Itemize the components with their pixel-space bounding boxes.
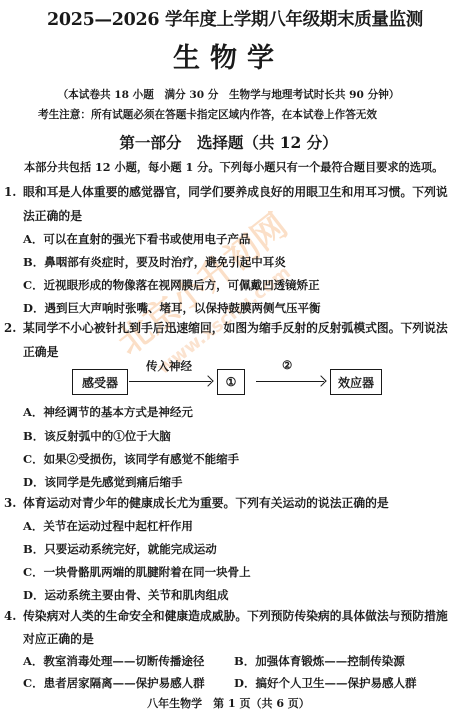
question-4-option-a: A．教室消毒处理——切断传播途径 — [23, 653, 204, 669]
question-1-stem-cont: 法正确的是 — [23, 207, 82, 224]
question-number: 2. — [4, 321, 23, 335]
exam-title: 2025—2026 学年度上学期八年级期末质量监测 — [47, 6, 423, 31]
exam-notice: 考生注意：所有试题必须在答题卡指定区域内作答，在本试卷上作答无效 — [38, 107, 377, 122]
exam-page: 北京小升初网 www.xschu.com 2025—2026 学年度上学期八年级… — [0, 0, 457, 715]
question-4-option-c: C．患者居家隔离——保护易感人群 — [23, 675, 205, 691]
section-instructions: 本部分共包括 12 小题，每小题 1 分。下列每小题只有一个最符合题目要求的选项… — [24, 159, 443, 175]
question-3-stem: 3.体育运动对青少年的健康成长尤为重要。下列有关运动的说法正确的是 — [4, 494, 389, 511]
section-title: 第一部分 选择题（共 12 分） — [0, 131, 457, 153]
question-3-option-b: B．只要运动系统完好，就能完成运动 — [23, 541, 217, 557]
question-1-option-b: B．鼻咽部有炎症时，要及时治疗，避免引起中耳炎 — [23, 254, 286, 270]
arrow-icon — [129, 381, 211, 382]
efferent-nerve-label: ② — [282, 358, 292, 372]
question-1-option-d: D．遇到巨大声响时张嘴、堵耳，以保持鼓膜两侧气压平衡 — [23, 300, 320, 316]
question-4-option-b: B．加强体育锻炼——控制传染源 — [234, 653, 405, 669]
question-number: 3. — [4, 496, 23, 510]
question-2-option-d: D．该同学是先感觉到痛后缩手 — [23, 474, 182, 490]
question-number: 1. — [4, 185, 23, 199]
question-number: 4. — [4, 609, 23, 623]
question-3-option-d: D．运动系统主要由骨、关节和肌肉组成 — [23, 587, 228, 603]
question-4-option-d: D．搞好个人卫生——保护易感人群 — [234, 675, 416, 691]
question-4-stem-cont: 对应正确的是 — [23, 630, 94, 647]
question-2-option-c: C．如果②受损伤，该同学有感觉不能缩手 — [23, 451, 239, 467]
subject-title: 生物学 — [0, 36, 457, 75]
page-footer: 八年生物学 第 1 页（共 6 页） — [0, 695, 457, 711]
receptor-box: 感受器 — [72, 369, 128, 395]
arrow-icon — [256, 381, 324, 382]
question-3-option-c: C．一块骨骼肌两端的肌腱附着在同一块骨上 — [23, 564, 251, 580]
question-1-stem: 1.眼和耳是人体重要的感觉器官，同学们要养成良好的用眼卫生和用耳习惯。下列说 — [4, 183, 448, 200]
effector-box: 效应器 — [330, 369, 382, 395]
question-2-stem: 2.某同学不小心被针扎到手后迅速缩回，如图为缩手反射的反射弧模式图。下列说法 — [4, 319, 448, 336]
nerve-center-box: ① — [217, 369, 245, 395]
question-2-stem-cont: 正确是 — [23, 343, 58, 360]
exam-info: （本试卷共 18 小题 满分 30 分 生物学与地理考试时长共 90 分钟） — [0, 87, 457, 102]
question-1-option-a: A．可以在直射的强光下看书或使用电子产品 — [23, 231, 250, 247]
afferent-nerve-label: 传入神经 — [146, 358, 192, 374]
question-4-stem: 4.传染病对人类的生命安全和健康造成威胁。下列预防传染病的具体做法与预防措施 — [4, 607, 448, 624]
question-1-option-c: C．近视眼形成的物像落在视网膜后方，可佩戴凹透镜矫正 — [23, 277, 320, 293]
question-2-option-a: A．神经调节的基本方式是神经元 — [23, 404, 193, 420]
question-3-option-a: A．关节在运动过程中起杠杆作用 — [23, 518, 193, 534]
question-2-option-b: B．该反射弧中的①位于大脑 — [23, 428, 171, 444]
